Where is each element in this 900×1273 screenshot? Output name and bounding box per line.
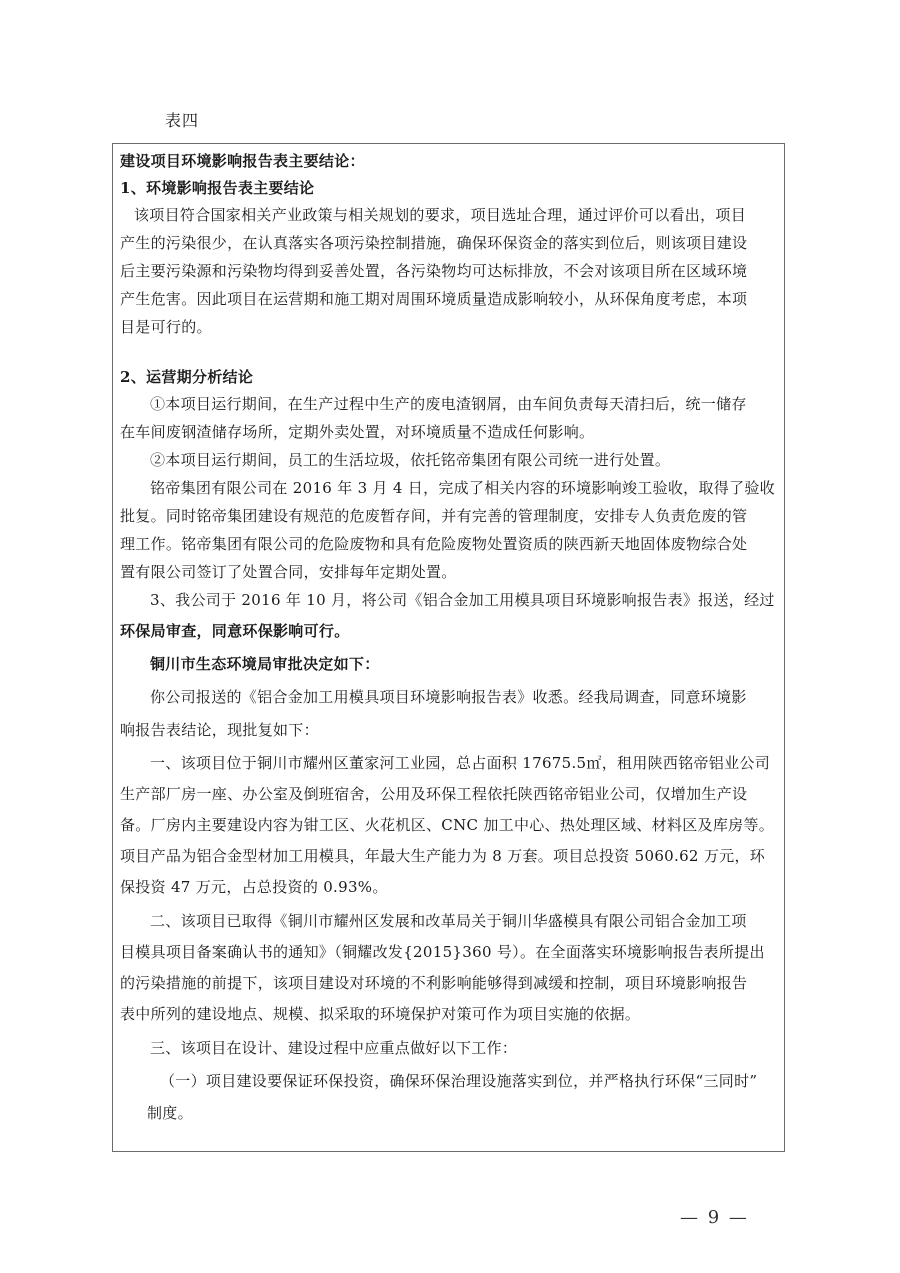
- section2-line: 置有限公司签订了处置合同，安排每年定期处置。: [120, 561, 457, 582]
- section2-line: ②本项目运行期间，员工的生活垃圾，依托铭帝集团有限公司统一进行处置。: [150, 449, 670, 470]
- approval-item2-line: 二、该项目已取得《铜川市耀州区发展和改革局关于铜川华盛模具有限公司铝合金加工项: [150, 910, 747, 931]
- approval-item3-sub-line: 制度。: [147, 1102, 193, 1123]
- section1-heading: 1、环境影响报告表主要结论: [120, 177, 314, 198]
- approval-item1-line: 保投资 47 万元，占总投资的 0.93%。: [120, 876, 388, 897]
- approval-heading: 铜川市生态环境局审批决定如下：: [150, 653, 380, 674]
- approval-item3-sub-line: （一）项目建设要保证环保投资，确保环保治理设施落实到位，并严格执行环保“三同时”: [160, 1070, 757, 1091]
- approval-intro-line: 响报告表结论，现批复如下：: [120, 719, 319, 740]
- section2-line: 理工作。铭帝集团有限公司的危险废物和具有危险废物处置资质的陕西新天地固体废物综合…: [120, 533, 747, 554]
- section2-line: 铭帝集团有限公司在 2016 年 3 月 4 日，完成了相关内容的环境影响竣工验…: [150, 477, 775, 498]
- document-title: 建设项目环境影响报告表主要结论：: [120, 150, 365, 171]
- section1-line: 产生危害。因此项目在运营期和施工期对周围环境质量造成影响较小，从环保角度考虑，本…: [120, 288, 747, 309]
- page-number: — 9 —: [680, 1207, 749, 1228]
- approval-item2-line: 的污染措施的前提下，该项目建设对环境的不利影响能够得到减缓和控制，项目环境影响报…: [120, 972, 747, 993]
- approval-item2-line: 表中所列的建设地点、规模、拟采取的环境保护对策可作为项目实施的依据。: [120, 1003, 640, 1024]
- approval-item1-line: 备。厂房内主要建设内容为钳工区、火花机区、CNC 加工中心、热处理区域、材料区及…: [120, 814, 774, 835]
- approval-item3-heading: 三、该项目在设计、建设过程中应重点做好以下工作：: [150, 1037, 517, 1058]
- approval-item1-line: 项目产品为铝合金型材加工用模具，年最大生产能力为 8 万套。项目总投资 5060…: [120, 845, 765, 866]
- approval-item1-line: 生产部厂房一座、办公室及倒班宿舍，公用及环保工程依托陕西铭帝铝业公司，仅增加生产…: [120, 783, 747, 804]
- approval-item1-line: 一、该项目位于铜川市耀州区董家河工业园，总占面积 17675.5㎡，租用陕西铭帝…: [150, 752, 770, 773]
- section1-line: 后主要污染源和污染物均得到妥善处置，各污染物均可达标排放，不会对该项目所在区域环…: [120, 260, 747, 281]
- section1-line: 该项目符合国家相关产业政策与相关规划的要求，项目选址合理，通过评价可以看出，项目: [134, 204, 746, 225]
- section2-line: 批复。同时铭帝集团建设有规范的危废暂存间，并有完善的管理制度，安排专人负责危废的…: [120, 505, 747, 526]
- approval-item2-line: 目模具项目备案确认书的通知》（铜耀改发{2015}360 号）。在全面落实环境影…: [120, 941, 765, 962]
- section3-line: 3、我公司于 2016 年 10 月，将公司《铝合金加工用模具项目环境影响报告表…: [150, 589, 775, 610]
- table-label: 表四: [165, 108, 199, 131]
- section2-line: ①本项目运行期间，在生产过程中生产的废电渣钢屑，由车间负责每天清扫后，统一储存: [150, 393, 747, 414]
- section3-line: 环保局审查，同意环保影响可行。: [120, 620, 350, 641]
- section2-heading: 2、运营期分析结论: [120, 366, 253, 387]
- section1-line: 目是可行的。: [120, 316, 212, 337]
- section1-line: 产生的污染很少，在认真落实各项污染控制措施，确保环保资金的落实到位后，则该项目建…: [120, 232, 747, 253]
- section2-line: 在车间废钢渣储存场所，定期外卖处置，对环境质量不造成任何影响。: [120, 421, 594, 442]
- approval-intro-line: 你公司报送的《铝合金加工用模具项目环境影响报告表》收悉。经我局调查，同意环境影: [150, 686, 747, 707]
